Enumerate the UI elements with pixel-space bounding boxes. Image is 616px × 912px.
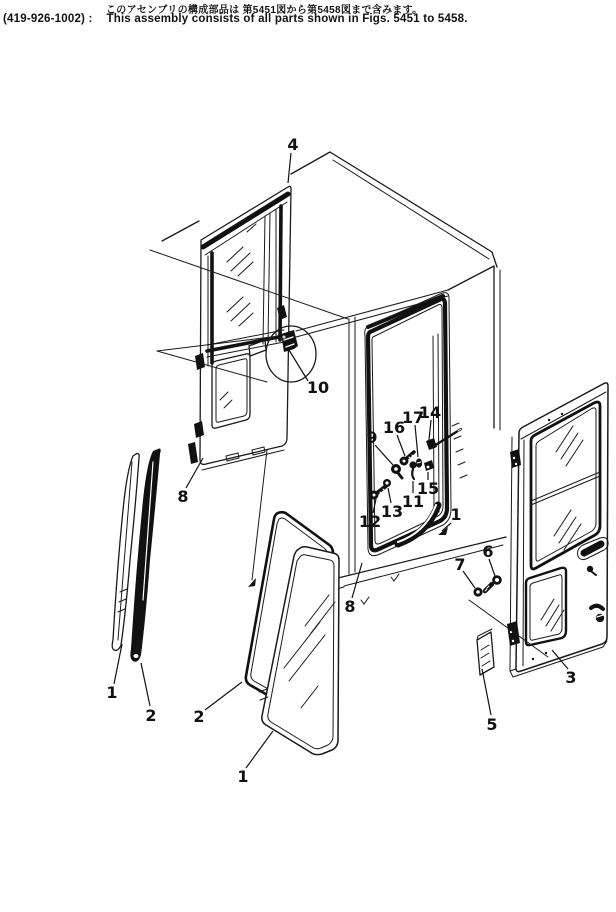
callout-leader-14 xyxy=(429,420,431,440)
callout-leader-13 xyxy=(388,488,391,503)
callout-leader-1 xyxy=(246,731,273,768)
callout-2: 2 xyxy=(145,706,156,725)
callout-8: 8 xyxy=(177,487,188,506)
callout-arrowhead-1 xyxy=(438,527,448,535)
callout-leader-5 xyxy=(482,669,491,715)
callout-13: 13 xyxy=(381,502,403,521)
callout-1: 1 xyxy=(106,683,117,702)
callout-leader-4 xyxy=(288,153,291,183)
catalog-page: このアセンブリの構成部品は 第5451図から第5458図まで含みます。 (419… xyxy=(0,0,616,912)
clip-11 xyxy=(409,461,416,479)
callout-1: 1 xyxy=(450,505,461,524)
front-door xyxy=(188,186,291,470)
grommet-17 xyxy=(416,458,422,467)
lock-mechanism xyxy=(281,330,298,352)
callout-12: 12 xyxy=(359,512,381,531)
callout-leader-6 xyxy=(489,559,495,576)
callout-2: 2 xyxy=(193,707,204,726)
callout-4: 4 xyxy=(287,135,298,154)
callout-7: 7 xyxy=(454,555,465,574)
bolt-6 xyxy=(485,575,502,591)
callout-6: 6 xyxy=(482,542,493,561)
door-hinge-upper xyxy=(510,449,521,468)
callout-10: 10 xyxy=(307,378,329,397)
door-panel-assembly xyxy=(469,383,608,677)
callout-14: 14 xyxy=(419,403,441,422)
callout-leader-10 xyxy=(289,350,308,381)
callout-3: 3 xyxy=(565,668,576,687)
washer-7 xyxy=(473,587,482,596)
callout-15: 15 xyxy=(417,479,439,498)
callout-leader-2 xyxy=(205,682,242,710)
nut-15 xyxy=(424,460,434,471)
callout-9: 9 xyxy=(366,428,377,447)
clip-rod-14 xyxy=(426,429,461,450)
callout-leader-9 xyxy=(375,445,393,465)
striker-plate-5 xyxy=(477,629,494,675)
rivet-9 xyxy=(391,464,402,478)
callout-8: 8 xyxy=(344,597,355,616)
parts-diagram: 41088122119161714121311156753 xyxy=(0,0,616,912)
callout-leader-8 xyxy=(352,563,362,598)
callout-leader-2 xyxy=(141,663,150,706)
washer-13 xyxy=(383,479,391,487)
callout-5: 5 xyxy=(486,715,497,734)
callout-leader-16 xyxy=(397,435,405,456)
callout-1: 1 xyxy=(237,767,248,786)
